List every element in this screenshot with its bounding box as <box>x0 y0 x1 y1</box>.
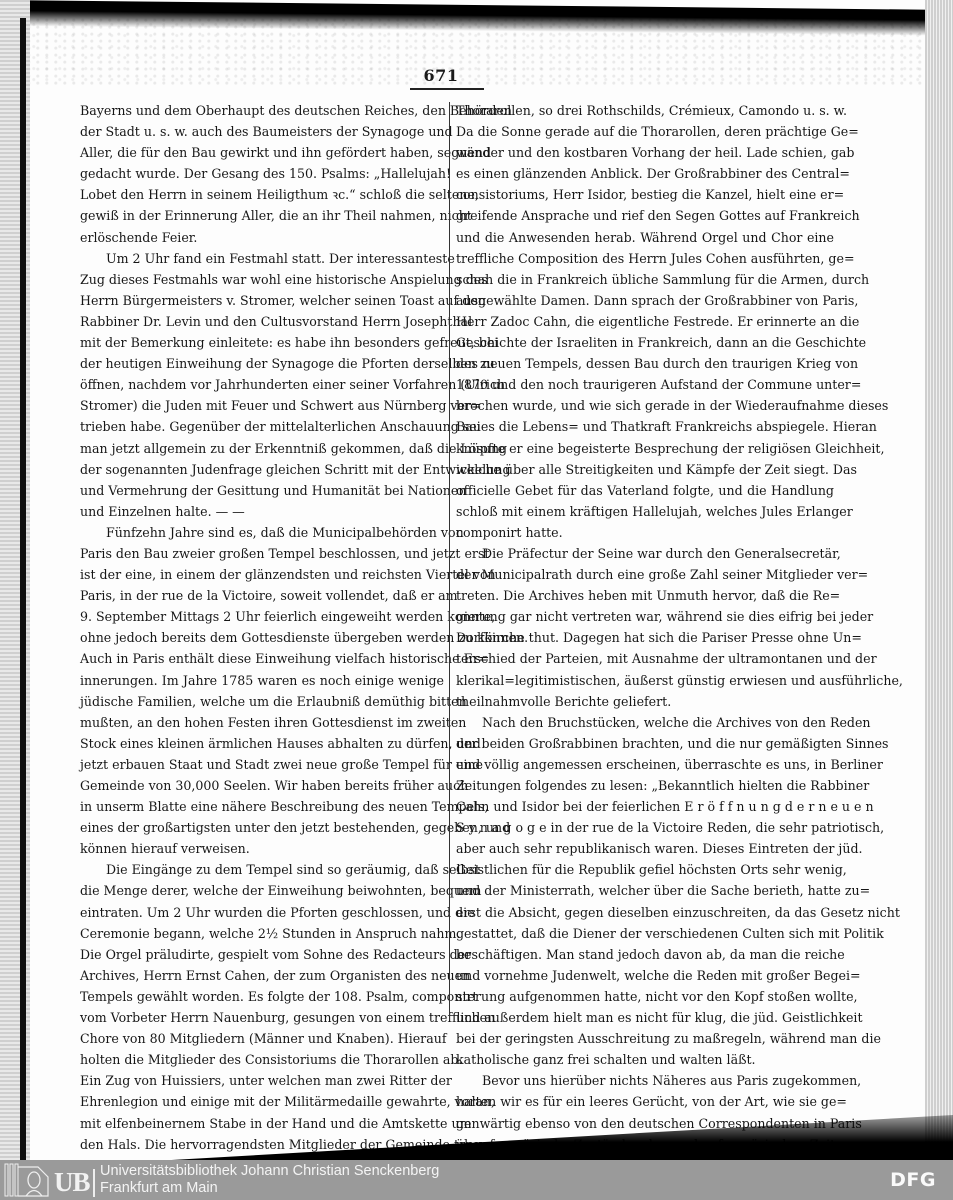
text-line: Geschichte der Israeliten in Frankreich,… <box>456 332 834 353</box>
text-line: Die Präfectur der Seine war durch den Ge… <box>456 543 834 564</box>
text-line: gedacht wurde. Der Gesang des 150. Psalm… <box>80 163 444 184</box>
paragraph: Fünfzehn Jahre sind es, daß die Municipa… <box>80 522 444 860</box>
text-line: Zug dieses Festmahls war wohl eine histo… <box>80 269 444 290</box>
text-line: vom Vorbeter Herrn Nauenburg, gesungen v… <box>80 1007 444 1028</box>
text-line: es einen glänzenden Anblick. Der Großrab… <box>456 163 834 184</box>
text-line: der sogenannten Judenfrage gleichen Schr… <box>80 459 444 480</box>
text-line: greifende Ansprache und rief den Segen G… <box>456 205 834 226</box>
text-line: Paris, in der rue de la Victoire, soweit… <box>80 585 444 606</box>
text-line: Archives, Herrn Ernst Cahen, der zum Org… <box>80 965 444 986</box>
right-column: Thorarollen, so drei Rothschilds, Crémie… <box>456 100 834 1155</box>
text-line: terschied der Parteien, mit Ausnahme der… <box>456 648 834 669</box>
text-line: ohne jedoch bereits dem Gottesdienste üb… <box>80 627 444 648</box>
paragraph: Nach den Bruchstücken, welche die Archiv… <box>456 712 834 1071</box>
text-line: 9. September Mittags 2 Uhr feierlich ein… <box>80 606 444 627</box>
text-line: Gemeinde von 30,000 Seelen. Wir haben be… <box>80 775 444 796</box>
ub-logo[interactable]: UB <box>4 1163 92 1197</box>
text-line: beschäftigen. Man stand jedoch davon ab,… <box>456 944 834 965</box>
library-name[interactable]: Universitätsbibliothek Johann Christian … <box>100 1163 439 1180</box>
text-line: gierung gar nicht vertreten war, während… <box>456 606 834 627</box>
text-line: in unserm Blatte eine nähere Beschreibun… <box>80 796 444 817</box>
library-city: Frankfurt am Main <box>100 1180 218 1197</box>
text-line: Stock eines kleinen ärmlichen Hauses abh… <box>80 733 444 754</box>
text-line: man jetzt allgemein zu der Erkenntniß ge… <box>80 438 444 459</box>
text-line: Tempels gewählt worden. Es folgte der 10… <box>80 986 444 1007</box>
text-line: und die Anwesenden herab. Während Orgel … <box>456 227 834 248</box>
text-line: und Vermehrung der Gesittung und Humanit… <box>80 480 444 501</box>
text-line: Ein Zug von Huissiers, unter welchen man… <box>80 1070 444 1091</box>
paragraph: Die Eingänge zu dem Tempel sind so geräu… <box>80 859 444 1154</box>
text-line: aber auch sehr republikanisch waren. Die… <box>456 838 834 859</box>
text-line: schah die in Frankreich übliche Sammlung… <box>456 269 834 290</box>
text-line: Die Eingänge zu dem Tempel sind so geräu… <box>80 859 444 880</box>
text-line: mit elfenbeinernem Stabe in der Hand und… <box>80 1113 444 1134</box>
text-line: jüdische Familien, welche um die Erlaubn… <box>80 691 444 712</box>
paragraph: Thorarollen, so drei Rothschilds, Crémie… <box>456 100 834 543</box>
text-line: Nach den Bruchstücken, welche die Archiv… <box>456 712 834 733</box>
text-line: erlöschende Feier. <box>80 227 444 248</box>
text-line: Thorarollen, so drei Rothschilds, Crémie… <box>456 100 834 121</box>
text-line: wänder und den kostbaren Vorhang der hei… <box>456 142 834 163</box>
text-line: welche über alle Streitigkeiten und Kämp… <box>456 459 834 480</box>
text-line: Herrn Bürgermeisters v. Stromer, welcher… <box>80 290 444 311</box>
goethe-portrait-icon <box>4 1163 52 1197</box>
text-line: eintraten. Um 2 Uhr wurden die Pforten g… <box>80 902 444 923</box>
text-line: ausgewählte Damen. Dann sprach der Großr… <box>456 290 834 311</box>
text-line: mußten, an den hohen Festen ihren Gottes… <box>80 712 444 733</box>
text-line: treffliche Composition des Herrn Jules C… <box>456 248 834 269</box>
text-line: Herr Zadoc Cahn, die eigentliche Festred… <box>456 311 834 332</box>
text-line: Paris den Bau zweier großen Tempel besch… <box>80 543 444 564</box>
text-line: consistoriums, Herr Isidor, bestieg die … <box>456 184 834 205</box>
text-line: mit der Bemerkung einleitete: es habe ih… <box>80 332 444 353</box>
paragraph: Die Präfectur der Seine war durch den Ge… <box>456 543 834 712</box>
column-divider <box>449 102 450 1020</box>
text-line: und Einzelnen halte. — — <box>80 501 444 522</box>
text-line: Stromer) die Juden mit Feuer und Schwert… <box>80 395 444 416</box>
text-line: Dorfkirche thut. Dagegen hat sich die Pa… <box>456 627 834 648</box>
text-line: Ehrenlegion und einige mit der Militärme… <box>80 1091 444 1112</box>
left-column: Bayerns und dem Oberhaupt des deutschen … <box>80 100 444 1155</box>
text-line: Um 2 Uhr fand ein Festmahl statt. Der in… <box>80 248 444 269</box>
text-line: katholische ganz frei schalten und walte… <box>456 1049 834 1070</box>
scanned-page: 671 Bayerns und dem Oberhaupt des deutsc… <box>0 0 953 1160</box>
text-line: öffnen, nachdem vor Jahrhunderten einer … <box>80 374 444 395</box>
text-line: Cahn und Isidor bei der feierlichen E r … <box>456 796 834 817</box>
text-line: Zeitungen folgendes zu lesen: „Bekanntli… <box>456 775 834 796</box>
dfg-logo[interactable]: DFG <box>890 1169 936 1191</box>
text-line: Da die Sonne gerade auf die Thorarollen,… <box>456 121 834 142</box>
text-line: Rabbiner Dr. Levin und den Cultusvorstan… <box>80 311 444 332</box>
text-line: erst die Absicht, gegen dieselben einzus… <box>456 902 834 923</box>
text-line: Bayerns und dem Oberhaupt des deutschen … <box>80 100 444 121</box>
ub-logo-text: UB <box>54 1167 90 1198</box>
text-line: Baues die Lebens= und Thatkraft Frankrei… <box>456 416 834 437</box>
text-line: halten wir es für ein leeres Gerücht, vo… <box>456 1091 834 1112</box>
text-line: officielle Gebet für das Vaterland folgt… <box>456 480 834 501</box>
page-number-rule <box>410 88 484 90</box>
text-line: 1870 und den noch traurigeren Aufstand d… <box>456 374 834 395</box>
text-line: Geistlichen für die Republik gefiel höch… <box>456 859 834 880</box>
text-line: der beiden Großrabbinen brachten, und di… <box>456 733 834 754</box>
text-line: die Menge derer, welche der Einweihung b… <box>80 880 444 901</box>
text-line: brochen wurde, und wie sich gerade in de… <box>456 395 834 416</box>
text-line: Lobet den Herrn in seinem Heiligthum ꝛc.… <box>80 184 444 205</box>
text-line: Fünfzehn Jahre sind es, daß die Municipa… <box>80 522 444 543</box>
text-line: Aller, die für den Bau gewirkt und ihn g… <box>80 142 444 163</box>
text-line: innerungen. Im Jahre 1785 waren es noch … <box>80 670 444 691</box>
text-line: der Municipalrath durch eine große Zahl … <box>456 564 834 585</box>
text-line: eines der großartigsten unter den jetzt … <box>80 817 444 838</box>
text-line: trieben habe. Gegenüber der mittelalterl… <box>80 416 444 437</box>
text-line: bei der geringsten Ausschreitung zu maßr… <box>456 1028 834 1049</box>
text-line: der Stadt u. s. w. auch des Baumeisters … <box>80 121 444 142</box>
text-line: klerikal=legitimistischen, äußerst günst… <box>456 670 834 691</box>
text-line: theilnahmvolle Berichte geliefert. <box>456 691 834 712</box>
text-line: können hierauf verweisen. <box>80 838 444 859</box>
text-line: componirt hatte. <box>456 522 834 543</box>
text-line: Auch in Paris enthält diese Einweihung v… <box>80 648 444 669</box>
logo-separator <box>93 1169 95 1197</box>
paragraph: Um 2 Uhr fand ein Festmahl statt. Der in… <box>80 248 444 522</box>
text-line: S y n a g o g e in der rue de la Victoir… <box>456 817 834 838</box>
text-line: der heutigen Einweihung der Synagoge die… <box>80 353 444 374</box>
text-line: und der Ministerrath, welcher über die S… <box>456 880 834 901</box>
text-line: knüpfte er eine begeisterte Besprechung … <box>456 438 834 459</box>
text-line: Chore von 80 Mitgliedern (Männer und Kna… <box>80 1028 444 1049</box>
text-line: Bevor uns hierüber nichts Näheres aus Pa… <box>456 1070 834 1091</box>
text-line: und außerdem hielt man es nicht für klug… <box>456 1007 834 1028</box>
scan-binding-shadow <box>20 18 26 1160</box>
text-line: Ceremonie begann, welche 2½ Stunden in A… <box>80 923 444 944</box>
text-line: Die Orgel präludirte, gespielt vom Sohne… <box>80 944 444 965</box>
text-line: und vornehme Judenwelt, welche die Reden… <box>456 965 834 986</box>
library-footer: UB Universitätsbibliothek Johann Christi… <box>0 1160 953 1200</box>
text-line: und völlig angemessen erscheinen, überra… <box>456 754 834 775</box>
text-line: schloß mit einem kräftigen Hallelujah, w… <box>456 501 834 522</box>
text-line: jetzt erbauen Staat und Stadt zwei neue … <box>80 754 444 775</box>
text-line: gewiß in der Erinnerung Aller, die an ih… <box>80 205 444 226</box>
text-line: sterung aufgenommen hatte, nicht vor den… <box>456 986 834 1007</box>
text-line: des neuen Tempels, dessen Bau durch den … <box>456 353 834 374</box>
text-line: gestattet, daß die Diener der verschiede… <box>456 923 834 944</box>
text-line: ist der eine, in einem der glänzendsten … <box>80 564 444 585</box>
page-number: 671 <box>405 66 477 85</box>
scan-right-edge <box>925 0 953 1160</box>
paragraph: Bayerns und dem Oberhaupt des deutschen … <box>80 100 444 248</box>
text-line: treten. Die Archives heben mit Unmuth he… <box>456 585 834 606</box>
text-line: holten die Mitglieder des Consistoriums … <box>80 1049 444 1070</box>
